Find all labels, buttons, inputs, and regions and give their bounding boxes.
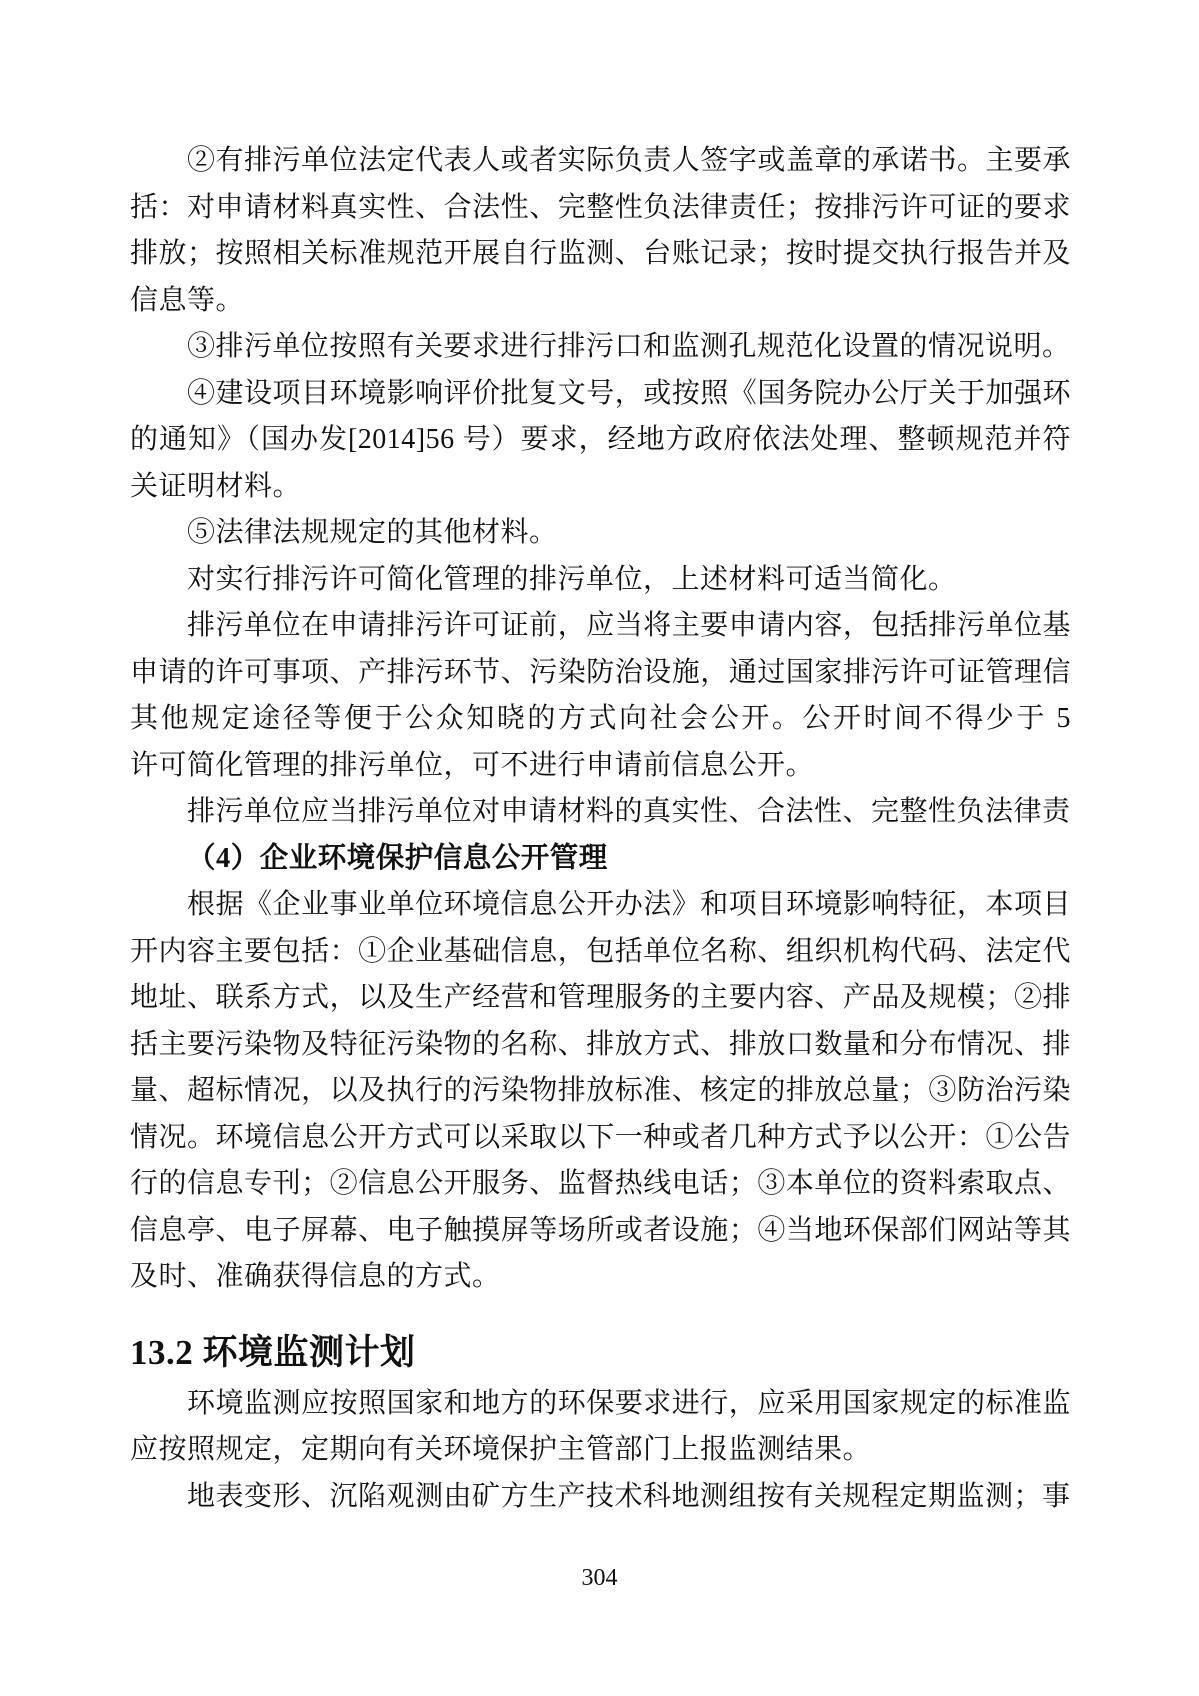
- heading-13-2-monitoring-plan: 13.2 环境监测计划: [130, 1327, 1071, 1379]
- paragraph-line: 申请的许可事项、产排污环节、污染防治设施，通过国家排污许可证管理信息平台或者: [130, 650, 1071, 697]
- paragraph-line: 信息亭、电子屏幕、电子触摸屏等场所或者设施；④当地环保部们网站等其他便于公众: [130, 1208, 1071, 1255]
- paragraph-line: 对实行排污许可简化管理的排污单位，上述材料可适当简化。: [130, 557, 1071, 604]
- paragraph-line: ④建设项目环境影响评价批复文号，或按照《国务院办公厅关于加强环境监管执法: [130, 371, 1071, 418]
- paragraph-line: 地址、联系方式，以及生产经营和管理服务的主要内容、产品及规模；②排污信息，包: [130, 975, 1071, 1022]
- paragraph-line: （4）企业环境保护信息公开管理: [130, 836, 1071, 883]
- paragraph-line: 的通知》（国办发[2014]56 号）要求，经地方政府依法处理、整顿规范并符合要…: [130, 417, 1071, 464]
- paragraph-line: 其他规定途径等便于公众知晓的方式向社会公开。公开时间不得少于 5 日。对实行排污: [130, 696, 1071, 743]
- paragraph-line: 13.2 环境监测计划: [130, 1327, 1071, 1379]
- paragraph-line: 关证明材料。: [130, 464, 1071, 511]
- para-item-4-eia-approval: ④建设项目环境影响评价批复文号，或按照《国务院办公厅关于加强环境监管执法的通知》…: [130, 371, 1071, 511]
- paragraph-line: 排污单位应当排污单位对申请材料的真实性、合法性、完整性负法律责任。: [130, 789, 1071, 836]
- paragraph-line: 许可简化管理的排污单位，可不进行申请前信息公开。: [130, 743, 1071, 790]
- document-page: ②有排污单位法定代表人或者实际负责人签字或盖章的承诺书。主要承诺内容包括：对申请…: [0, 0, 1199, 1696]
- para-disclosure-content: 根据《企业事业单位环境信息公开办法》和项目环境影响特征，本项目环境信息公开内容主…: [130, 882, 1071, 1301]
- para-responsibility-statement: 排污单位应当排污单位对申请材料的真实性、合法性、完整性负法律责任。: [130, 789, 1071, 836]
- page-number: 304: [0, 1565, 1199, 1592]
- para-simplified-management: 对实行排污许可简化管理的排污单位，上述材料可适当简化。: [130, 557, 1071, 604]
- para-monitoring-requirements: 环境监测应按照国家和地方的环保要求进行，应采用国家规定的标准监测方法，并应按照规…: [130, 1381, 1071, 1474]
- para-item-3-outlet-setup: ③排污单位按照有关要求进行排污口和监测孔规范化设置的情况说明。: [130, 324, 1071, 371]
- paragraph-line: 括：对申请材料真实性、合法性、完整性负法律责任；按排污许可证的要求控制污染物: [130, 185, 1071, 232]
- paragraph-line: 及时、准确获得信息的方式。: [130, 1254, 1071, 1301]
- para-surface-deformation-monitoring: 地表变形、沉陷观测由矿方生产技术科地测组按有关规程定期监测；事故监测由矿: [130, 1474, 1071, 1521]
- paragraph-line: 开内容主要包括：①企业基础信息，包括单位名称、组织机构代码、法定代表人、生产: [130, 929, 1071, 976]
- paragraph-line: 排放；按照相关标准规范开展自行监测、台账记录；按时提交执行报告并及时公开相关: [130, 231, 1071, 278]
- para-item-5-other-materials: ⑤法律法规规定的其他材料。: [130, 510, 1071, 557]
- paragraph-line: 排污单位在申请排污许可证前，应当将主要申请内容，包括排污单位基本信息、拟: [130, 603, 1071, 650]
- paragraph-line: 应按照规定，定期向有关环境保护主管部门上报监测结果。: [130, 1427, 1071, 1474]
- paragraph-line: 根据《企业事业单位环境信息公开办法》和项目环境影响特征，本项目环境信息公: [130, 882, 1071, 929]
- paragraph-line: ③排污单位按照有关要求进行排污口和监测孔规范化设置的情况说明。: [130, 324, 1071, 371]
- heading-4-info-disclosure-management: （4）企业环境保护信息公开管理: [130, 836, 1071, 883]
- paragraph-line: ⑤法律法规规定的其他材料。: [130, 510, 1071, 557]
- para-item-2-commitment-letter: ②有排污单位法定代表人或者实际负责人签字或盖章的承诺书。主要承诺内容包括：对申请…: [130, 138, 1071, 324]
- paragraph-line: 地表变形、沉陷观测由矿方生产技术科地测组按有关规程定期监测；事故监测由矿: [130, 1474, 1071, 1521]
- paragraph-line: 情况。环境信息公开方式可以采取以下一种或者几种方式予以公开：①公告或者公开发: [130, 1115, 1071, 1162]
- paragraph-line: 行的信息专刊；②信息公开服务、监督热线电话；③本单位的资料索取点、信息公开栏、: [130, 1161, 1071, 1208]
- document-content: ②有排污单位法定代表人或者实际负责人签字或盖章的承诺书。主要承诺内容包括：对申请…: [130, 138, 1071, 1520]
- paragraph-line: 信息等。: [130, 278, 1071, 325]
- paragraph-line: 环境监测应按照国家和地方的环保要求进行，应采用国家规定的标准监测方法，并: [130, 1381, 1071, 1428]
- paragraph-line: 量、超标情况，以及执行的污染物排放标准、核定的排放总量；③防治污染设施的运行: [130, 1068, 1071, 1115]
- para-pre-application-disclosure: 排污单位在申请排污许可证前，应当将主要申请内容，包括排污单位基本信息、拟申请的许…: [130, 603, 1071, 789]
- paragraph-line: ②有排污单位法定代表人或者实际负责人签字或盖章的承诺书。主要承诺内容包: [130, 138, 1071, 185]
- paragraph-line: 括主要污染物及特征污染物的名称、排放方式、排放口数量和分布情况、排放浓度和总: [130, 1022, 1071, 1069]
